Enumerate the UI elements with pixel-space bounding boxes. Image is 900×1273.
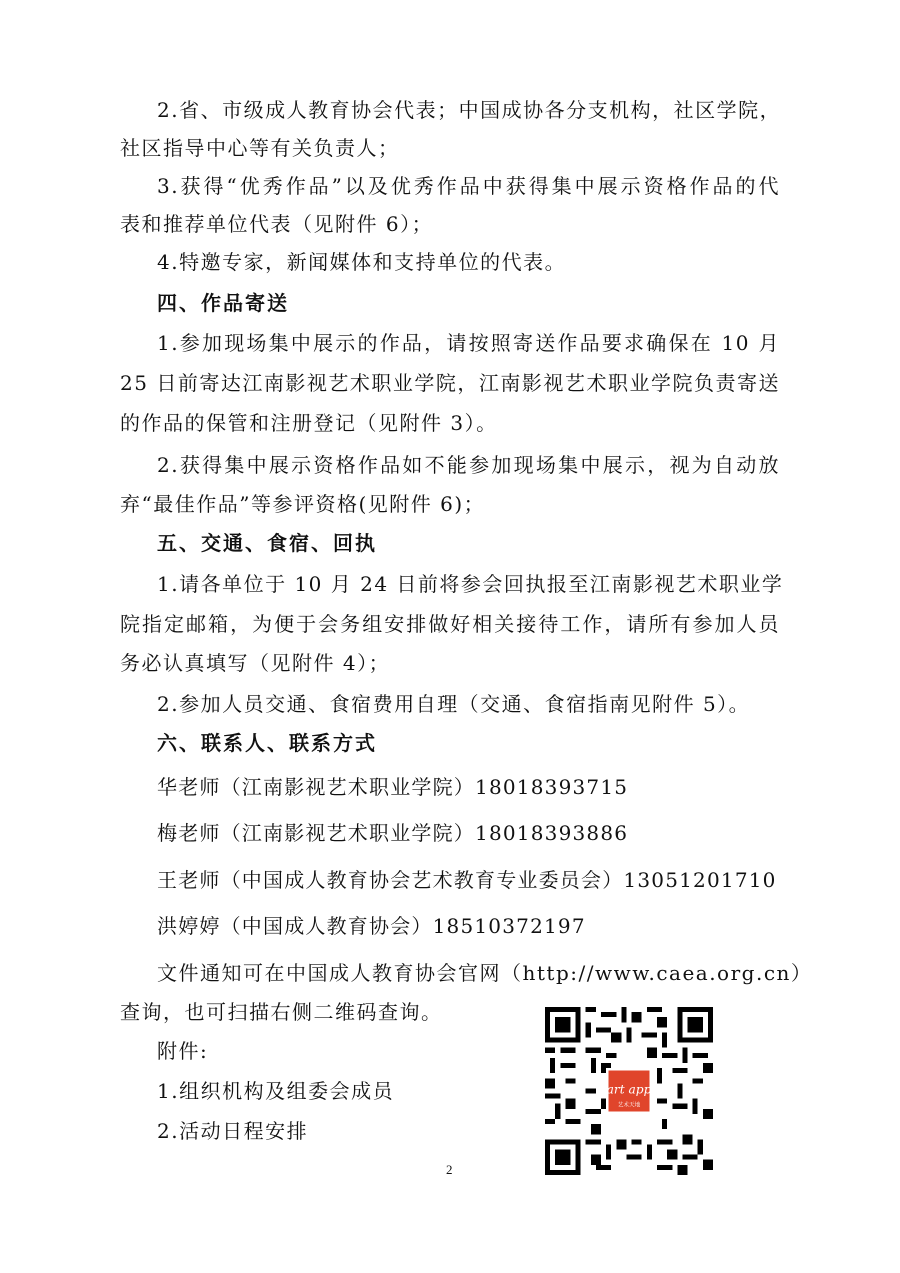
contact-org: （江南影视艺术职业学院） xyxy=(221,821,475,845)
contact-item: 洪婷婷（中国成人教育协会）18510372197 xyxy=(157,911,586,941)
contact-org: （中国成人教育协会艺术教育专业委员会） xyxy=(221,868,624,892)
contact-name: 洪婷婷 xyxy=(157,914,221,938)
text-line: 务必认真填写（见附件 4）； xyxy=(120,648,390,678)
qr-logo-subtext: 艺术天地 xyxy=(618,1100,641,1108)
contact-org: （中国成人教育协会） xyxy=(221,914,433,938)
contact-item: 王老师（中国成人教育协会艺术教育专业委员会）13051201710 xyxy=(157,865,777,895)
text-line: 院指定邮箱，为便于会务组安排做好相关接待工作，请所有参加人员 xyxy=(120,609,780,639)
contact-phone: 18018393886 xyxy=(475,821,628,845)
qr-logo-text: art app xyxy=(607,1083,652,1097)
contact-org: （江南影视艺术职业学院） xyxy=(221,775,475,799)
page-number: 2 xyxy=(446,1162,453,1178)
contact-name: 华老师 xyxy=(157,775,221,799)
text-line: 2.省、市级成人教育协会代表；中国成协各分支机构，社区学院， xyxy=(157,95,780,125)
text-line: 的作品的保管和注册登记（见附件 3）。 xyxy=(120,408,498,438)
text-line: 社区指导中心等有关负责人； xyxy=(120,133,400,163)
notice-line: 文件通知可在中国成人教育协会官网（http://www.caea.org.cn） xyxy=(157,958,807,988)
qr-code[interactable]: art app 艺术天地 xyxy=(545,1007,713,1175)
section-heading: 五、交通、食宿、回执 xyxy=(157,528,377,558)
document-page: 2.省、市级成人教育协会代表；中国成协各分支机构，社区学院， 社区指导中心等有关… xyxy=(0,0,900,1273)
notice-line: 查询，也可扫描右侧二维码查询。 xyxy=(120,997,443,1027)
text-line: 2.获得集中展示资格作品如不能参加现场集中展示，视为自动放 xyxy=(157,450,780,480)
section-heading: 四、作品寄送 xyxy=(157,288,289,318)
text-line: 3.获得“优秀作品”以及优秀作品中获得集中展示资格作品的代 xyxy=(157,171,780,201)
attachment-item: 1.组织机构及组委会成员 xyxy=(157,1076,394,1106)
attachments-label: 附件: xyxy=(157,1036,208,1066)
contact-name: 王老师 xyxy=(157,868,221,892)
contact-item: 华老师（江南影视艺术职业学院）18018393715 xyxy=(157,772,628,802)
attachment-item: 2.活动日程安排 xyxy=(157,1116,308,1146)
contact-phone: 18510372197 xyxy=(433,914,586,938)
contact-phone: 13051201710 xyxy=(623,868,776,892)
contact-item: 梅老师（江南影视艺术职业学院）18018393886 xyxy=(157,818,628,848)
text-line: 25 日前寄达江南影视艺术职业学院，江南影视艺术职业学院负责寄送 xyxy=(120,368,780,398)
qr-code-icon: art app 艺术天地 xyxy=(545,1007,713,1175)
text-line: 4.特邀专家，新闻媒体和支持单位的代表。 xyxy=(157,247,566,277)
text-line: 表和推荐单位代表（见附件 6）； xyxy=(120,209,433,239)
text-line: 1.参加现场集中展示的作品，请按照寄送作品要求确保在 10 月 xyxy=(157,328,780,358)
text-line: 1.请各单位于 10 月 24 日前将参会回执报至江南影视艺术职业学 xyxy=(157,569,780,599)
text-line: 2.参加人员交通、食宿费用自理（交通、食宿指南见附件 5）。 xyxy=(157,689,750,719)
contact-name: 梅老师 xyxy=(157,821,221,845)
contact-phone: 18018393715 xyxy=(475,775,628,799)
text-line: 弃“最佳作品”等参评资格(见附件 6)； xyxy=(120,489,485,519)
section-heading: 六、联系人、联系方式 xyxy=(157,728,377,758)
